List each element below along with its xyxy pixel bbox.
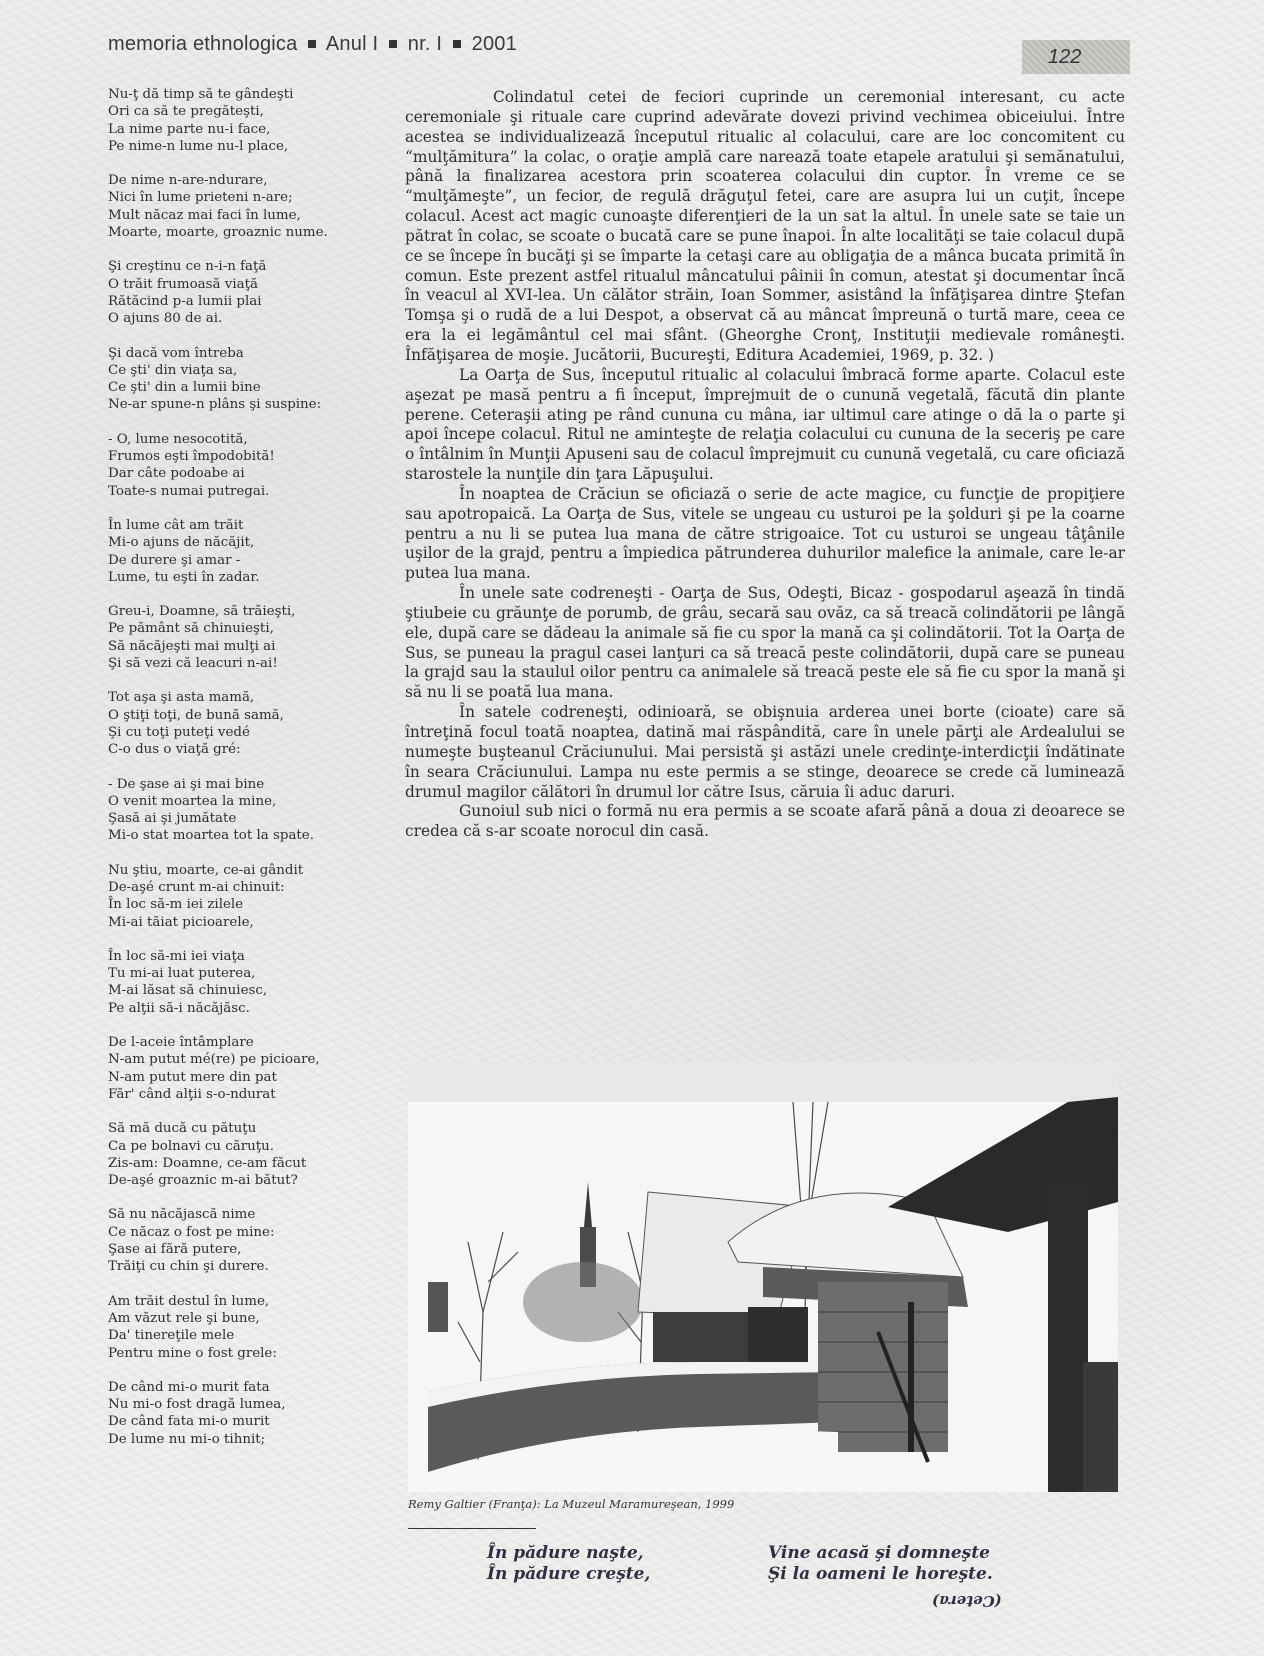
poem-line: O venit moartea la mine, xyxy=(108,793,378,810)
poem-line: Da' tinereţile mele xyxy=(108,1327,378,1344)
poem-line: Greu-i, Doamne, să trăieşti, xyxy=(108,603,378,620)
poem-line: O ajuns 80 de ai. xyxy=(108,310,378,327)
poem-line: Frumos eşti împodobită! xyxy=(108,448,378,465)
poem-stanza: Să mă ducă cu pătuţuCa pe bolnavi cu căr… xyxy=(108,1120,378,1189)
poem-line: Ce năcaz o fost pe mine: xyxy=(108,1224,378,1241)
caption-divider xyxy=(408,1528,536,1529)
poem-line: De nime n-are-ndurare, xyxy=(108,172,378,189)
poem-line: Mi-o stat moartea tot la spate. xyxy=(108,827,378,844)
poem-line: De-aşé crunt m-ai chinuit: xyxy=(108,879,378,896)
poem-line: Am trăit destul în lume, xyxy=(108,1293,378,1310)
article-paragraph: În unele sate codreneşti - Oarţa de Sus,… xyxy=(405,584,1125,703)
poem-line: În lume cât am trăit xyxy=(108,517,378,534)
poem-line: Nici în lume prieteni n-are; xyxy=(108,189,378,206)
poem-line: Şi creştinu ce n-i-n faţă xyxy=(108,258,378,275)
poem-line: De lume nu mi-o tihnit; xyxy=(108,1431,378,1448)
poem-line: M-ai lăsat să chinuiesc, xyxy=(108,982,378,999)
poem-line: Pe pământ să chinuieşti, xyxy=(108,620,378,637)
poem-line: Pe alţii să-i năcăjăsc. xyxy=(108,1000,378,1017)
poem-line: Şi dacă vom întreba xyxy=(108,345,378,362)
poem-line: Lume, tu eşti în zadar. xyxy=(108,569,378,586)
poem-stanza: În loc să-mi iei viaţaTu mi-ai luat pute… xyxy=(108,948,378,1017)
poem-line: Mi-o ajuns de năcăjit, xyxy=(108,534,378,551)
poem-stanza: Nu-ţ dă timp să te gândeştiOri ca să te … xyxy=(108,86,378,155)
poem-line: O trăit frumoasă viaţă xyxy=(108,276,378,293)
poem-line: Dar câte podoabe ai xyxy=(108,465,378,482)
poem-line: Nu ştiu, moarte, ce-ai gândit xyxy=(108,862,378,879)
photo-caption: Remy Galtier (Franţa): La Muzeul Maramur… xyxy=(408,1497,734,1511)
article-paragraph: În satele codreneşti, odinioară, se obiş… xyxy=(405,703,1125,802)
motto-line: În pădure creşte, xyxy=(487,1564,650,1585)
poem-line: În loc să-mi iei viaţa xyxy=(108,948,378,965)
poem-stanza: - O, lume nesocotită,Frumos eşti împodob… xyxy=(108,431,378,500)
article-body: Colindatul cetei de feciori cuprinde un … xyxy=(405,88,1125,842)
motto-line: Vine acasă şi domneşte xyxy=(768,1543,993,1564)
square-bullet-icon xyxy=(453,40,461,48)
poem-stanza: - De şase ai şi mai bineO venit moartea … xyxy=(108,776,378,845)
poem-line: De l-aceie întâmplare xyxy=(108,1034,378,1051)
poem-column: Nu-ţ dă timp să te gândeştiOri ca să te … xyxy=(108,86,378,1465)
journal-year: 2001 xyxy=(472,33,517,55)
poem-stanza: Tot aşa şi asta mamă,O ştiţi toţi, de bu… xyxy=(108,689,378,758)
poem-stanza: Şi dacă vom întrebaCe şti' din viaţa sa,… xyxy=(108,345,378,414)
motto-line: În pădure naşte, xyxy=(487,1543,650,1564)
square-bullet-icon xyxy=(308,40,316,48)
journal-header: memoria ethnologica Anul I nr. I 2001 xyxy=(108,33,517,56)
poem-line: Şasă ai şi jumătate xyxy=(108,810,378,827)
article-paragraph: La Oarţa de Sus, începutul ritualic al c… xyxy=(405,366,1125,485)
winter-village-photo xyxy=(408,1062,1118,1492)
poem-line: N-am putut mé(re) pe picioare, xyxy=(108,1051,378,1068)
poem-line: Ca pe bolnavi cu căruţu. xyxy=(108,1138,378,1155)
poem-line: Nu-ţ dă timp să te gândeşti xyxy=(108,86,378,103)
article-paragraph: În noaptea de Crăciun se oficiază o seri… xyxy=(405,485,1125,584)
photo-image xyxy=(408,1062,1118,1492)
journal-year-label: Anul I xyxy=(326,33,378,55)
poem-line: O ştiţi toţi, de bună samă, xyxy=(108,707,378,724)
poem-stanza: Am trăit destul în lume,Am văzut rele şi… xyxy=(108,1293,378,1362)
poem-stanza: Nu ştiu, moarte, ce-ai gânditDe-aşé crun… xyxy=(108,862,378,931)
square-bullet-icon xyxy=(389,40,397,48)
poem-line: - De şase ai şi mai bine xyxy=(108,776,378,793)
poem-line: De când mi-o murit fata xyxy=(108,1379,378,1396)
poem-line: Să mă ducă cu pătuţu xyxy=(108,1120,378,1137)
poem-line: Să nu năcăjască nime xyxy=(108,1206,378,1223)
motto-attribution: (Cetera) xyxy=(932,1592,1002,1610)
poem-line: Şase ai fără putere, xyxy=(108,1241,378,1258)
poem-line: Şi să vezi că leacuri n-ai! xyxy=(108,655,378,672)
poem-line: În loc să-m iei zilele xyxy=(108,896,378,913)
poem-line: De-aşé groaznic m-ai bătut? xyxy=(108,1172,378,1189)
poem-line: Ce şti' din a lumii bine xyxy=(108,379,378,396)
poem-stanza: De l-aceie întâmplareN-am putut mé(re) p… xyxy=(108,1034,378,1103)
journal-issue-label: nr. I xyxy=(408,33,442,55)
poem-line: Mi-ai tăiat picioarele, xyxy=(108,914,378,931)
poem-line: De când fata mi-o murit xyxy=(108,1413,378,1430)
poem-line: Pentru mine o fost grele: xyxy=(108,1345,378,1362)
poem-line: Am văzut rele şi bune, xyxy=(108,1310,378,1327)
poem-line: Toate-s numai putregai. xyxy=(108,483,378,500)
poem-line: - O, lume nesocotită, xyxy=(108,431,378,448)
poem-stanza: Greu-i, Doamne, să trăieşti,Pe pământ să… xyxy=(108,603,378,672)
poem-line: Mult năcaz mai faci în lume, xyxy=(108,207,378,224)
journal-name: memoria ethnologica xyxy=(108,33,297,55)
poem-stanza: În lume cât am trăitMi-o ajuns de năcăji… xyxy=(108,517,378,586)
poem-stanza: Şi creştinu ce n-i-n faţăO trăit frumoas… xyxy=(108,258,378,327)
poem-stanza: De când mi-o murit fataNu mi-o fost drag… xyxy=(108,1379,378,1448)
motto-right: Vine acasă şi domneşte Şi la oameni le h… xyxy=(768,1543,993,1585)
poem-line: Moarte, moarte, groaznic nume. xyxy=(108,224,378,241)
poem-line: Rătăcind p-a lumii plai xyxy=(108,293,378,310)
motto-line: Şi la oameni le horeşte. xyxy=(768,1564,993,1585)
poem-line: Tot aşa şi asta mamă, xyxy=(108,689,378,706)
page-number: 122 xyxy=(1022,40,1130,74)
poem-line: Să năcăjeşti mai mulţi ai xyxy=(108,638,378,655)
poem-line: Ne-ar spune-n plâns şi suspine: xyxy=(108,396,378,413)
poem-line: C-o dus o viaţă gré: xyxy=(108,741,378,758)
poem-line: N-am putut mere din pat xyxy=(108,1069,378,1086)
poem-line: Nu mi-o fost dragă lumea, xyxy=(108,1396,378,1413)
poem-line: Trăiţi cu chin şi durere. xyxy=(108,1258,378,1275)
motto-left: În pădure naşte, În pădure creşte, xyxy=(487,1543,650,1585)
article-paragraph: Colindatul cetei de feciori cuprinde un … xyxy=(405,88,1125,366)
article-paragraph: Gunoiul sub nici o formă nu era permis a… xyxy=(405,802,1125,842)
poem-line: Ori ca să te pregăteşti, xyxy=(108,103,378,120)
poem-line: De durere şi amar - xyxy=(108,552,378,569)
poem-line: Ce şti' din viaţa sa, xyxy=(108,362,378,379)
poem-line: Tu mi-ai luat puterea, xyxy=(108,965,378,982)
poem-line: Zis-am: Doamne, ce-am făcut xyxy=(108,1155,378,1172)
poem-stanza: Să nu năcăjască nimeCe năcaz o fost pe m… xyxy=(108,1206,378,1275)
poem-line: Pe nime-n lume nu-l place, xyxy=(108,138,378,155)
poem-stanza: De nime n-are-ndurare,Nici în lume priet… xyxy=(108,172,378,241)
poem-line: Făr' când alţii s-o-ndurat xyxy=(108,1086,378,1103)
poem-line: Şi cu toţi puteţi vedé xyxy=(108,724,378,741)
poem-line: La nime parte nu-i face, xyxy=(108,121,378,138)
